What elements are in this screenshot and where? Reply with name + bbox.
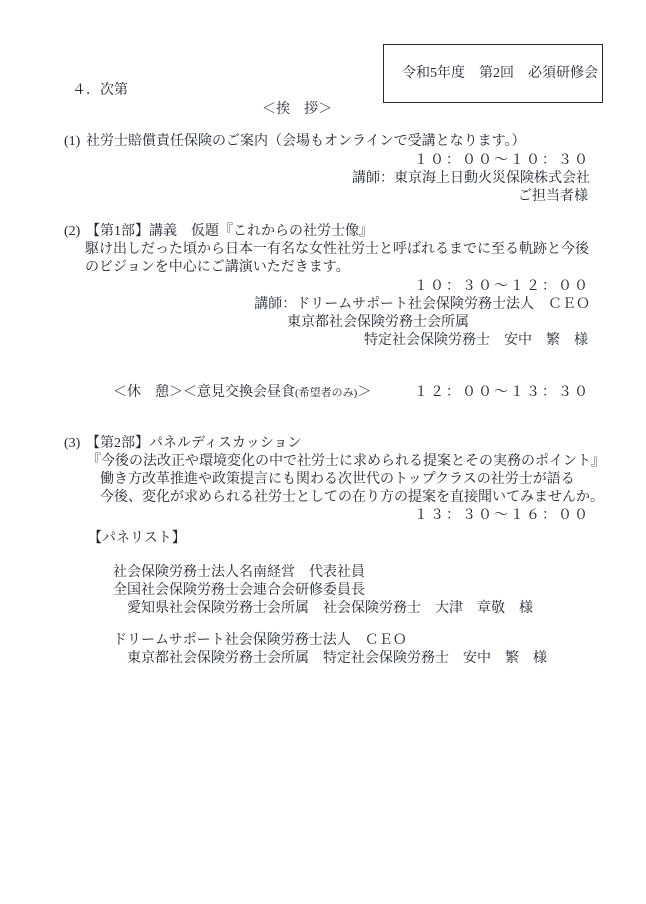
header-box-label: 令和5年度 第2回 必須研修会 <box>402 66 598 81</box>
section3-description-line2: 今後、変化が求められる社労士としての在り方の提案を直接聞いてみませんか。 <box>100 489 604 507</box>
section1-lecturer: 講師：東京海上日動火災保険株式会社 <box>352 170 590 188</box>
section1-time: １０：００～１０：３０ <box>414 152 590 170</box>
section2-lecturer: 講師：ドリームサポート社会保険労務士法人 ＣＥＯ <box>254 296 590 314</box>
panelist2-person-line: 東京都社会保険労務士会所属 特定社会保険労務士 安中 繁 様 <box>127 650 547 668</box>
panelist2-org-line: ドリームサポート社会保険労務士法人 ＣＥＯ <box>113 632 407 650</box>
panelist1-org-line: 社会保険労務士法人名南経営 代表社員 <box>113 564 365 582</box>
section1-contact: ご担当者様 <box>518 188 588 206</box>
section2-time: １０：３０～１２：００ <box>414 278 590 296</box>
break-label-close: ＞ <box>357 385 371 400</box>
section2-description-line2: のビジョンを中心にご講演いただきます。 <box>85 259 350 277</box>
section2-affiliation: 東京都社会保険労務士会所属 <box>287 314 469 332</box>
section2-number: (2) <box>64 223 86 241</box>
section3-title: 【第2部】パネルディスカッション <box>86 435 301 453</box>
section3-time: １３：３０～１６：００ <box>414 507 590 525</box>
section2-description-line1: 駆け出しだった頃から日本一有名な女性社労士と呼ばれるまでに至る軌跡と今後 <box>85 241 589 259</box>
section2-heading: (2) 【第1部】講義 仮題『これからの社労士像』 <box>64 223 373 241</box>
panelist1-role-line: 全国社会保険労務士会連合会研修委員長 <box>113 582 365 600</box>
document-page: 令和5年度 第2回 必須研修会 ４．次第 ＜挨 拶＞ (1) 社労士賠償責任保険… <box>0 0 646 904</box>
section2-person: 特定社会保険労務士 安中 繁 様 <box>364 332 588 350</box>
section3-heading: (3) 【第2部】パネルディスカッション <box>64 435 301 453</box>
section1-number: (1) <box>64 133 86 151</box>
break-time: １２：００～１３：３０ <box>414 384 590 402</box>
greeting-heading: ＜挨 拶＞ <box>262 101 332 119</box>
break-label-note: (希望者のみ) <box>295 387 357 399</box>
section1-heading: (1) 社労士賠償責任保険のご案内（会場もオンラインで受講となります。） <box>64 133 525 151</box>
break-row: ＜休 憩＞＜意見交換会昼食(希望者のみ)＞ １２：００～１３：３０ <box>113 384 590 402</box>
panelist1-person-line: 愛知県社会保険労務士会所属 社会保険労務士 大津 章敬 様 <box>127 600 533 618</box>
section1-title: 社労士賠償責任保険のご案内（会場もオンラインで受講となります。） <box>86 133 525 151</box>
section3-description-line1: 働き方改革推進や政策提言にも関わる次世代のトップクラスの社労士が語る <box>100 471 575 489</box>
panelists-heading: 【パネリスト】 <box>88 530 186 548</box>
header-box: 令和5年度 第2回 必須研修会 <box>383 44 603 103</box>
agenda-title: ４．次第 <box>72 82 128 100</box>
break-label: ＜休 憩＞＜意見交換会昼食(希望者のみ)＞ <box>113 384 371 402</box>
section3-subtitle: 『今後の法改正や環境変化の中で社労士に求められる提案とその実務のポイント』 <box>87 453 605 471</box>
break-label-main: ＜休 憩＞＜意見交換会昼食 <box>113 385 295 400</box>
section2-title: 【第1部】講義 仮題『これからの社労士像』 <box>86 223 373 241</box>
section3-number: (3) <box>64 435 86 453</box>
